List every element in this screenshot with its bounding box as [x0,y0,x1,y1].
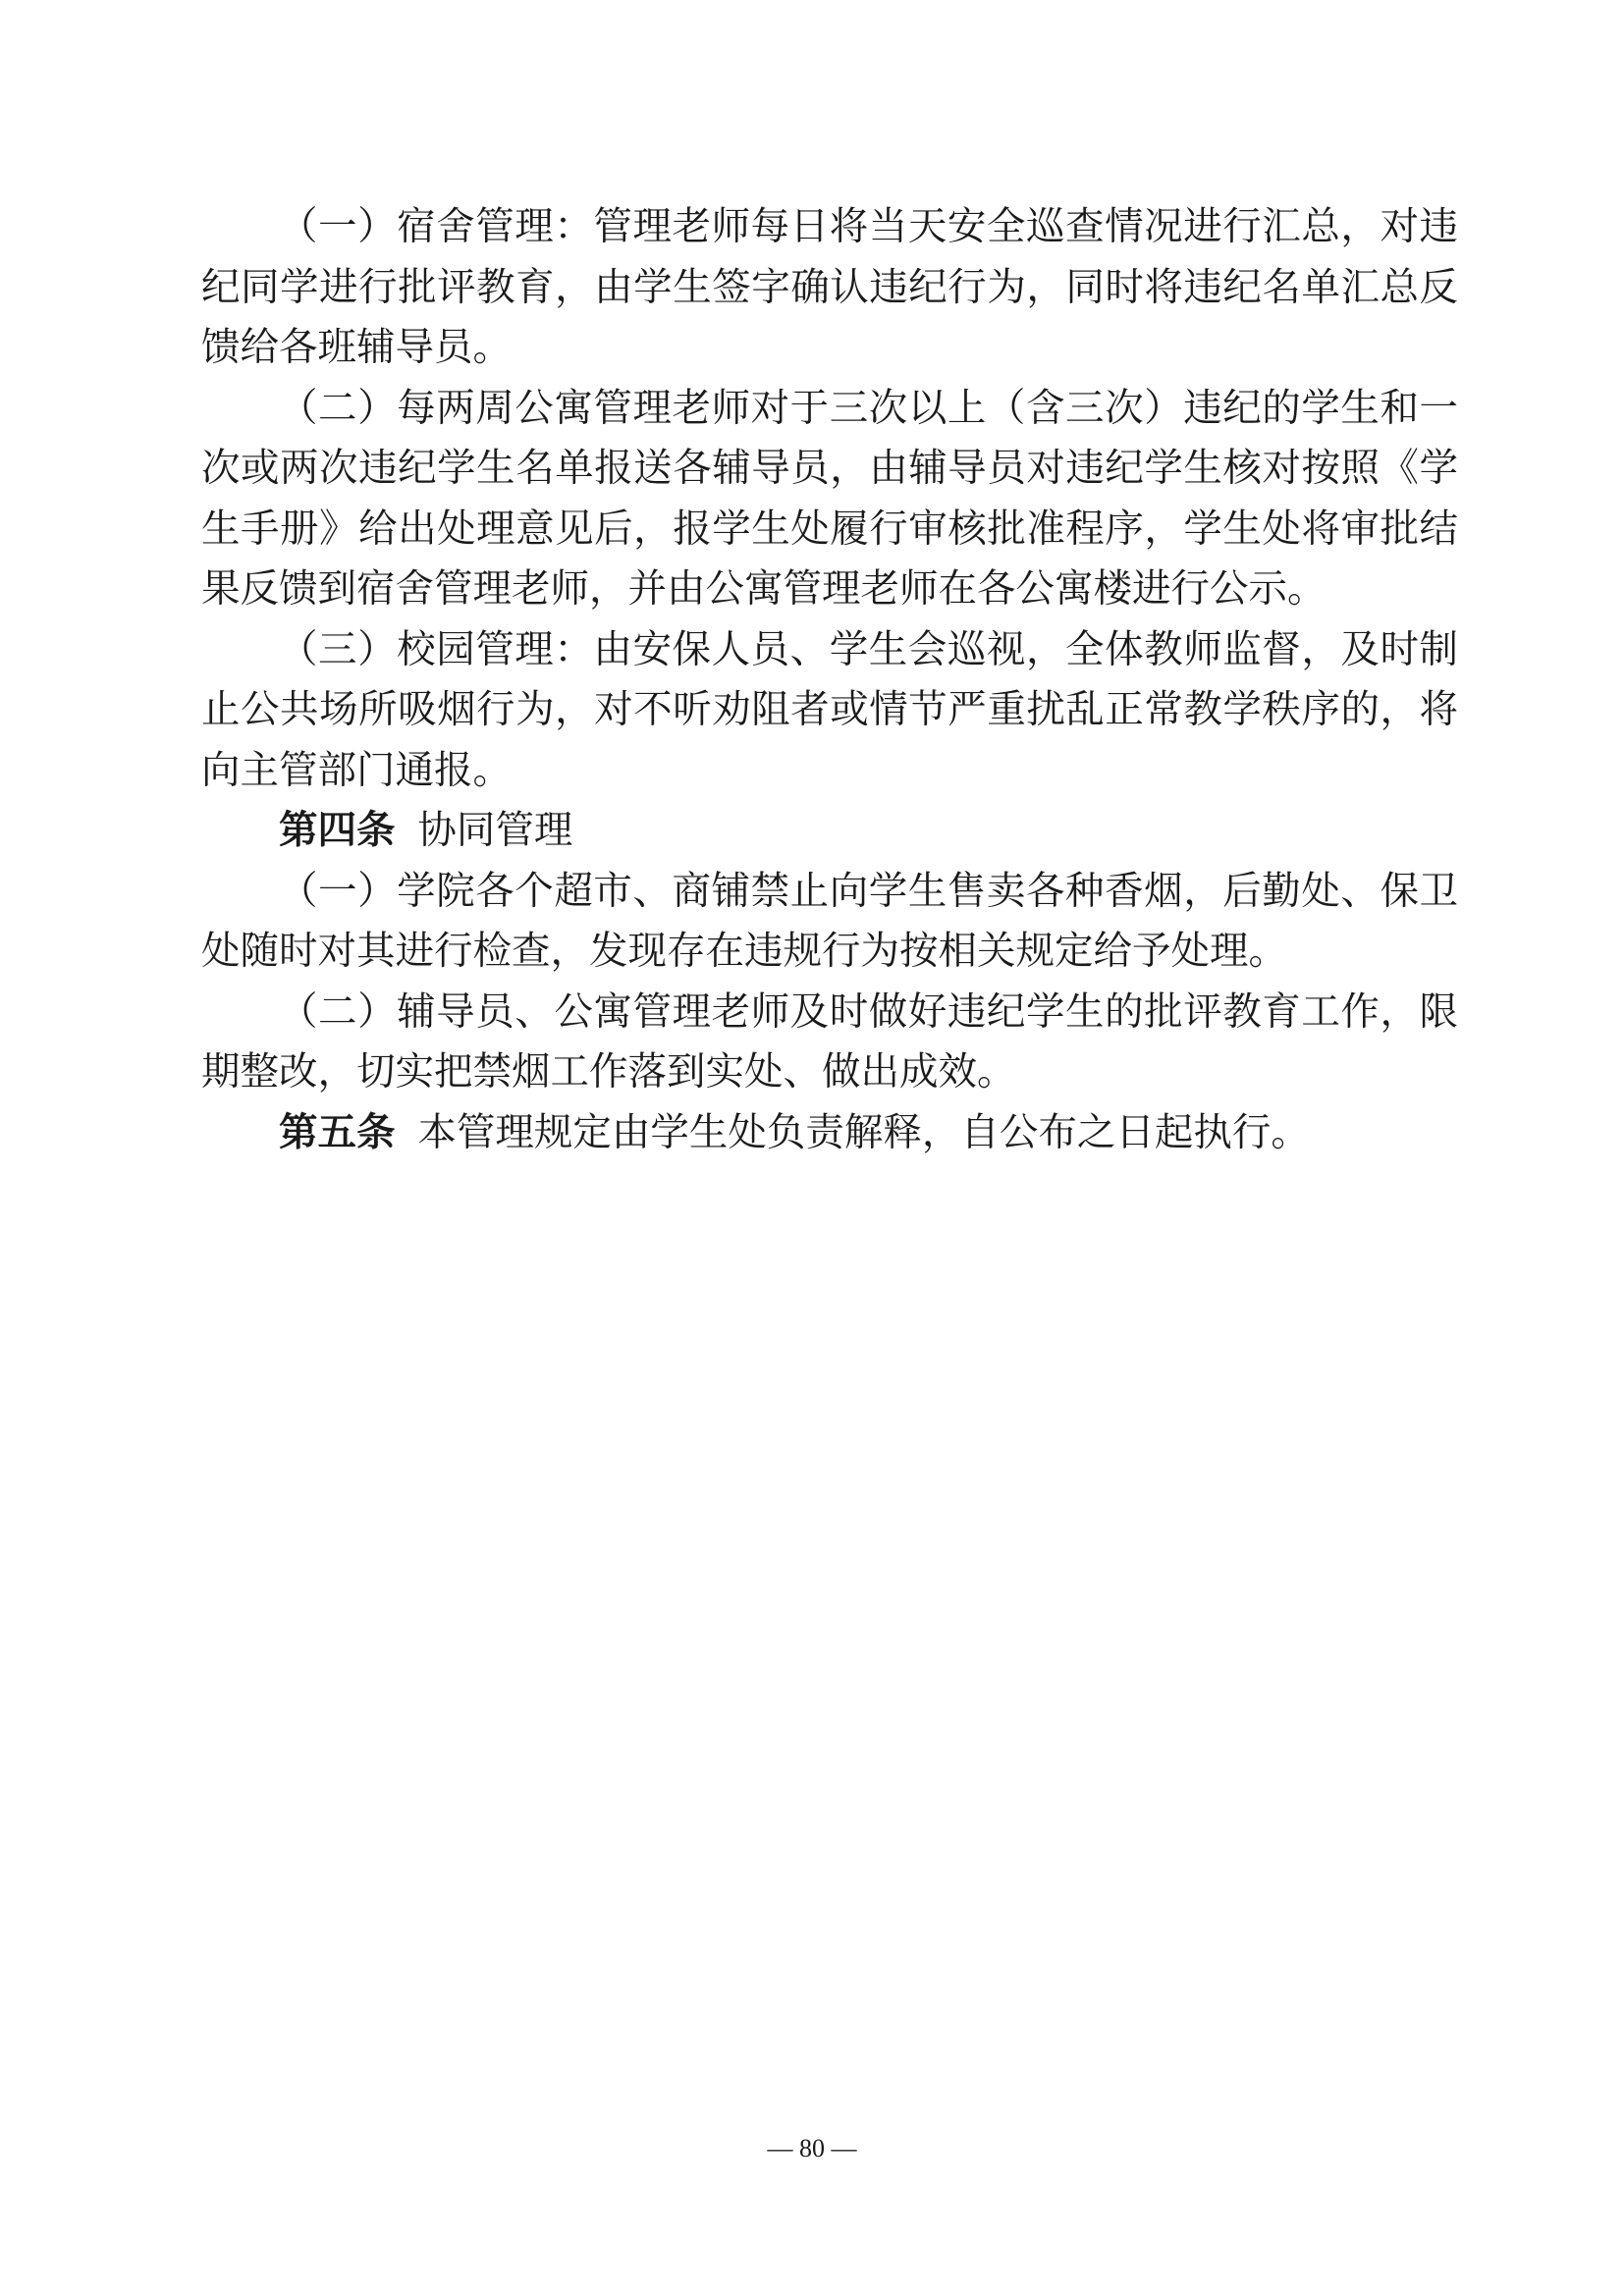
document-body: （一）宿舍管理：管理老师每日将当天安全巡查情况进行汇总，对违 纪同学进行批评教育… [201,197,1458,1163]
article-heading: 第五条本管理规定由学生处负责解释，自公布之日起执行。 [201,1103,1458,1164]
text-line: （三）校园管理：由安保人员、学生会巡视，全体教师监督，及时制 [201,620,1458,681]
article-number-label: 第五条 [279,1111,396,1154]
article-heading: 第四条协同管理 [201,801,1458,862]
text-line: 期整改，切实把禁烟工作落到实处、做出成效。 [201,1042,1458,1103]
text-line: 果反馈到宿舍管理老师，并由公寓管理老师在各公寓楼进行公示。 [201,560,1458,620]
text-line: 向主管部门通报。 [201,741,1458,802]
text-line: （一）宿舍管理：管理老师每日将当天安全巡查情况进行汇总，对违 [201,197,1458,258]
text-line: 次或两次违纪学生名单报送各辅导员，由辅导员对违纪学生核对按照《学 [201,439,1458,500]
text-line: （一）学院各个超市、商铺禁止向学生售卖各种香烟，后勤处、保卫 [201,862,1458,923]
text-line: （二）每两周公寓管理老师对于三次以上（含三次）违纪的学生和一 [201,379,1458,440]
page-number: — 80 — [0,2132,1624,2165]
text-line: 生手册》给出处理意见后，报学生处履行审核批准程序，学生处将审批结 [201,500,1458,561]
text-line: 处随时对其进行检查，发现存在违规行为按相关规定给予处理。 [201,922,1458,983]
article-title: 协同管理 [417,809,572,852]
document-page: （一）宿舍管理：管理老师每日将当天安全巡查情况进行汇总，对违 纪同学进行批评教育… [0,0,1624,2296]
text-line: 纪同学进行批评教育，由学生签字确认违纪行为，同时将违纪名单汇总反 [201,258,1458,319]
article-number-label: 第四条 [279,809,396,852]
text-line: 馈给各班辅导员。 [201,318,1458,379]
text-line: （二）辅导员、公寓管理老师及时做好违纪学生的批评教育工作，限 [201,983,1458,1043]
text-line: 止公共场所吸烟行为，对不听劝阻者或情节严重扰乱正常教学秩序的，将 [201,680,1458,741]
article-text: 本管理规定由学生处负责解释，自公布之日起执行。 [417,1111,1310,1154]
